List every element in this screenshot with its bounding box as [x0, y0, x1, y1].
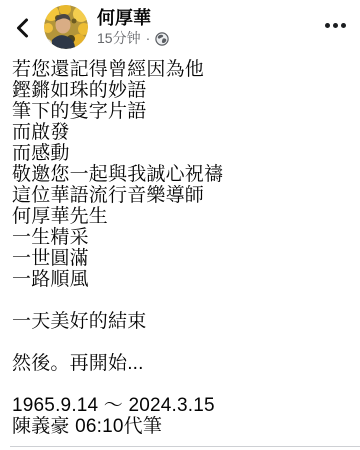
separator-dot: · [146, 30, 151, 47]
globe-icon [155, 32, 169, 46]
post-text-line: 而感動 [12, 143, 352, 164]
post-header: 何厚華 15分钟 · [0, 0, 360, 60]
chevron-left-icon [13, 17, 33, 39]
post-text-line: 筆下的隻字片語 [12, 101, 352, 122]
avatar-photo [44, 5, 88, 49]
post-text-line: 而啟發 [12, 122, 352, 143]
timestamp: 15分钟 [97, 30, 141, 47]
post-text-line: 一路順風 [12, 269, 352, 290]
post-text-line: 鏗鏘如珠的妙語 [12, 80, 352, 101]
post-text-line [12, 332, 352, 353]
post-text-line: 若您還記得曾經因為他 [12, 59, 352, 80]
post-text-line: 一天美好的結束 [12, 311, 352, 332]
post-text-line: 一生精采 [12, 227, 352, 248]
post-text-line: 敬邀您一起與我誠心祝禱 [12, 164, 352, 185]
post-text-line: 何厚華先生 [12, 206, 352, 227]
ellipsis-icon [333, 23, 338, 28]
author-meta: 何厚華 15分钟 · [97, 7, 169, 47]
divider [10, 446, 360, 447]
post-text-line: 1965.9.14 ～ 2024.3.15 [12, 395, 352, 416]
more-options-button[interactable] [323, 17, 348, 33]
post-body: 若您還記得曾經因為他鏗鏘如珠的妙語筆下的隻字片語而啟發而感動敬邀您一起與我誠心祝… [12, 59, 352, 437]
avatar[interactable] [44, 5, 88, 49]
post-text-line: 陳義豪 06:10代筆 [12, 416, 352, 437]
post-text-line: 一世圓滿 [12, 248, 352, 269]
post-text-line: 然後。再開始... [12, 353, 352, 374]
ellipsis-icon [341, 23, 346, 28]
post-text-line [12, 374, 352, 395]
post-screen: 何厚華 15分钟 · 若您還記得曾經因為他鏗鏘如珠的妙語筆下的隻字片語而啟發而感… [0, 0, 360, 450]
author-name[interactable]: 何厚華 [97, 7, 169, 29]
post-text-line: 這位華語流行音樂導師 [12, 185, 352, 206]
ellipsis-icon [325, 23, 330, 28]
post-subtitle: 15分钟 · [97, 30, 169, 47]
post-text-line [12, 290, 352, 311]
back-button[interactable] [8, 13, 38, 43]
